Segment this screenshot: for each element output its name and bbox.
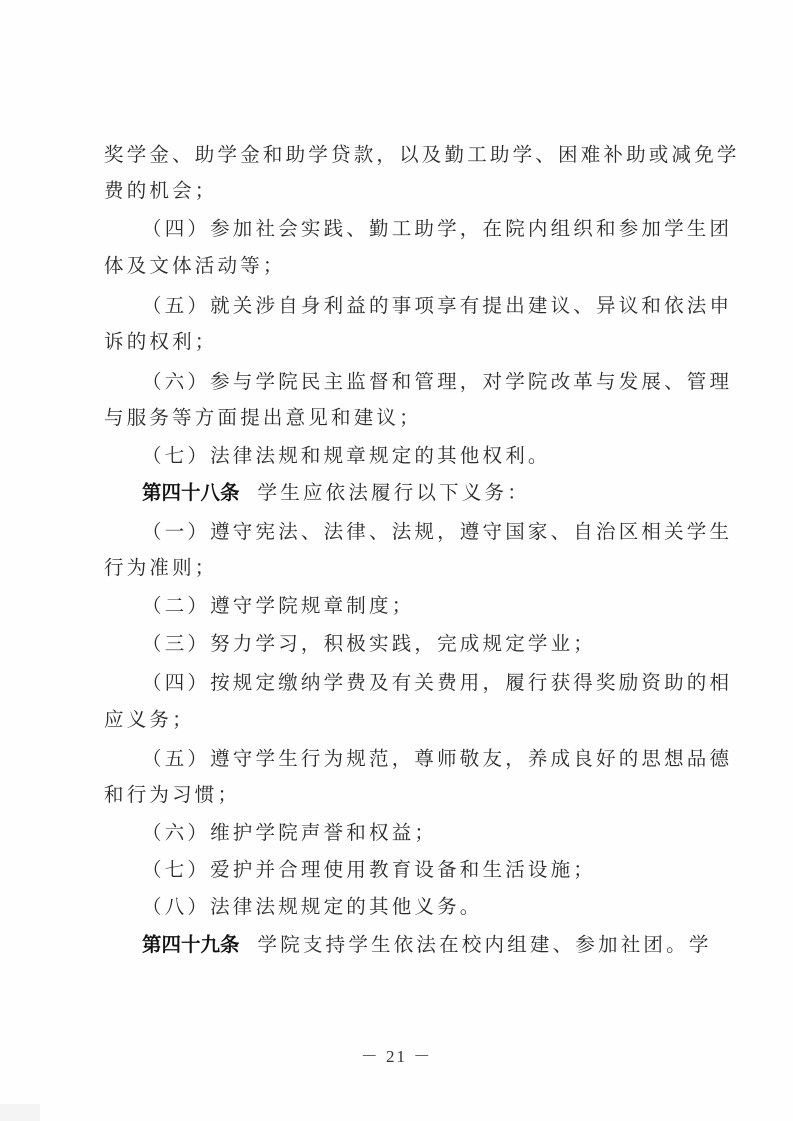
list-item-duty-4: （四）按规定缴纳学费及有关费用，履行获得奖励资助的相 [142, 668, 742, 698]
article-number: 第四十九条 [142, 933, 240, 956]
list-item-duty-6: （六）维护学院声誉和权益； [142, 818, 742, 848]
list-item-duty-2: （二）遵守学院规章制度； [142, 591, 742, 621]
article-text: 学院支持学生依法在校内组建、参加社团。学 [258, 933, 712, 956]
document-page: 奖学金、助学金和助学贷款，以及勤工助学、困难补助或减免学 费的机会； （四）参加… [0, 0, 793, 1121]
list-item-rights-6: （六）参与学院民主监督和管理，对学院改革与发展、管理 [142, 367, 742, 397]
body-line: 体及文体活动等； [104, 251, 704, 281]
body-line: 行为准则； [104, 553, 704, 583]
list-item-rights-4: （四）参加社会实践、勤工助学，在院内组织和参加学生团 [142, 214, 742, 244]
body-line: 费的机会； [104, 176, 704, 206]
list-item-duty-1: （一）遵守宪法、法律、法规，遵守国家、自治区相关学生 [142, 517, 742, 547]
article-text: 学生应依法履行以下义务： [258, 481, 530, 504]
scan-artifact [0, 1104, 40, 1121]
body-line: 与服务等方面提出意见和建议； [104, 403, 704, 433]
list-item-duty-8: （八）法律法规规定的其他义务。 [142, 892, 742, 922]
list-item-duty-7: （七）爱护并合理使用教育设备和生活设施； [142, 855, 742, 885]
article-48: 第四十八条学生应依法履行以下义务： [142, 478, 742, 508]
list-item-rights-5: （五）就关涉自身利益的事项享有提出建议、异议和依法申 [142, 291, 742, 321]
page-number: － 21 － [0, 1042, 793, 1067]
body-line: 和行为习惯； [104, 780, 704, 810]
list-item-duty-5: （五）遵守学生行为规范，尊师敬友，养成良好的思想品德 [142, 744, 742, 774]
body-line: 应义务； [104, 705, 704, 735]
article-number: 第四十八条 [142, 481, 240, 504]
body-line: 奖学金、助学金和助学贷款，以及勤工助学、困难补助或减免学 [104, 140, 704, 170]
list-item-duty-3: （三）努力学习，积极实践，完成规定学业； [142, 629, 742, 659]
article-49: 第四十九条学院支持学生依法在校内组建、参加社团。学 [142, 930, 742, 960]
body-line: 诉的权利； [104, 327, 704, 357]
list-item-rights-7: （七）法律法规和规章规定的其他权利。 [142, 441, 742, 471]
